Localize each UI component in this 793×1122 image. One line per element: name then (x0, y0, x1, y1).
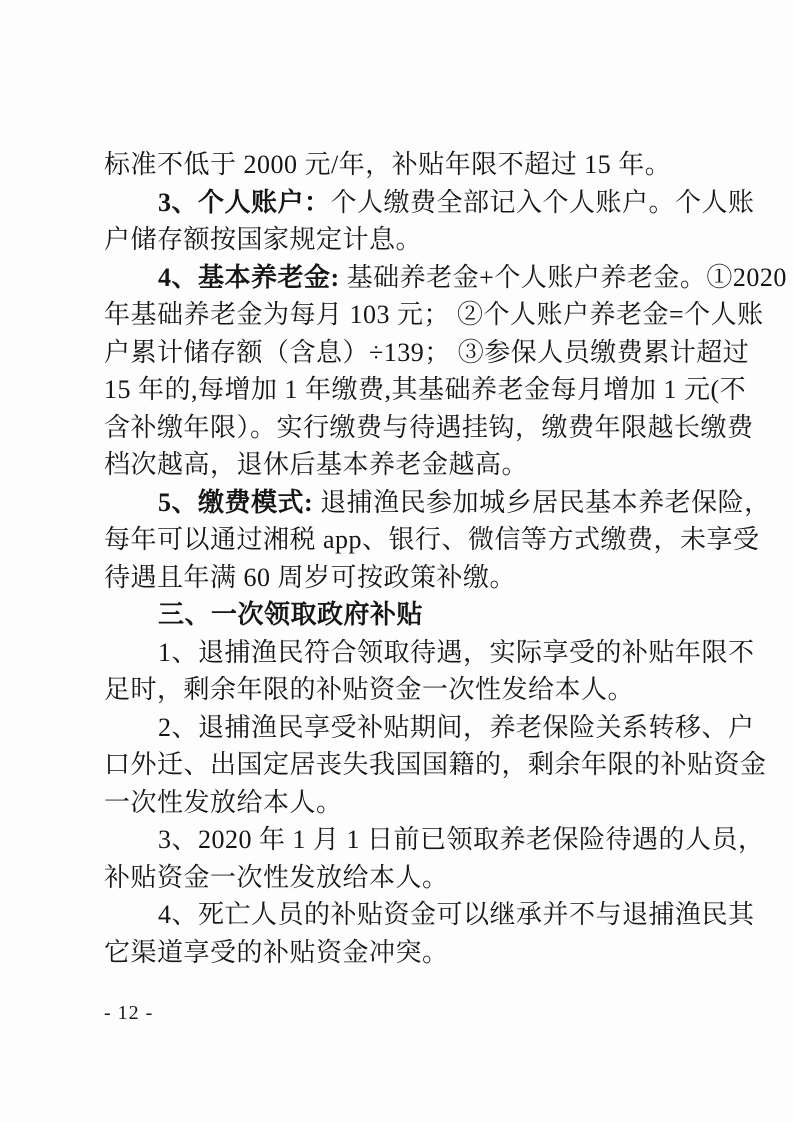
text-line: 2、退捕渔民享受补贴期间，养老保险关系转移、户 (104, 709, 704, 747)
text-line: 3、2020 年 1 月 1 日前已领取养老保险待遇的人员， (104, 821, 704, 859)
text-line: 户累计储存额（含息）÷139； ③参保人员缴费累计超过 (104, 334, 704, 372)
bold-label: 4、基本养老金: (158, 263, 340, 292)
text-line: 每年可以通过湘税 app、银行、微信等方式缴费，未享受 (104, 521, 704, 559)
text-line: 它渠道享受的补贴资金冲突。 (104, 934, 704, 972)
text-line: 5、缴费模式: 退捕渔民参加城乡居民基本养老保险， (104, 484, 704, 522)
document-body: 标准不低于 2000 元/年，补贴年限不超过 15 年。3、个人账户：个人缴费全… (104, 146, 704, 971)
text-line: 三、一次领取政府补贴 (104, 596, 704, 634)
text-segment: 基础养老金+个人账户养老金。①2020 (340, 263, 787, 292)
text-line: 一次性发放给本人。 (104, 784, 704, 822)
text-line: 年基础养老金为每月 103 元； ②个人账户养老金=个人账 (104, 296, 704, 334)
text-segment: 含补缴年限）。实行缴费与待遇挂钩，缴费年限越长缴费 (104, 413, 754, 442)
bold-label: 5、缴费模式: (158, 488, 313, 517)
text-segment: 足时，剩余年限的补贴资金一次性发给本人。 (104, 675, 634, 704)
text-segment: 待遇且年满 60 周岁可按政策补缴。 (104, 563, 516, 592)
text-segment: 退捕渔民参加城乡居民基本养老保险， (313, 488, 771, 517)
text-line: 档次越高，退休后基本养老金越高。 (104, 446, 704, 484)
bold-label: 三、一次领取政府补贴 (158, 600, 423, 629)
text-segment: 档次越高，退休后基本养老金越高。 (104, 450, 528, 479)
text-segment: 4、死亡人员的补贴资金可以继承并不与退捕渔民其 (158, 900, 755, 929)
text-line: 含补缴年限）。实行缴费与待遇挂钩，缴费年限越长缴费 (104, 409, 704, 447)
text-segment: 标准不低于 2000 元/年，补贴年限不超过 15 年。 (104, 150, 671, 179)
text-segment: 个人缴费全部记入个人账户。个人账 (331, 188, 755, 217)
text-line: 1、退捕渔民符合领取待遇，实际享受的补贴年限不 (104, 634, 704, 672)
text-segment: 一次性发放给本人。 (104, 788, 343, 817)
text-segment: 1、退捕渔民符合领取待遇，实际享受的补贴年限不 (158, 638, 755, 667)
text-segment: 户累计储存额（含息）÷139； ③参保人员缴费累计超过 (104, 338, 749, 367)
text-segment: 户储存额按国家规定计息。 (104, 225, 422, 254)
text-segment: 补贴资金一次性发放给本人。 (104, 863, 449, 892)
text-line: 4、死亡人员的补贴资金可以继承并不与退捕渔民其 (104, 896, 704, 934)
document-page: 标准不低于 2000 元/年，补贴年限不超过 15 年。3、个人账户：个人缴费全… (0, 0, 793, 1122)
text-line: 15 年的,每增加 1 年缴费,其基础养老金每月增加 1 元(不 (104, 371, 704, 409)
text-line: 口外迁、出国定居丧失我国国籍的，剩余年限的补贴资金 (104, 746, 704, 784)
bold-label: 3、个人账户： (158, 188, 331, 217)
text-line: 户储存额按国家规定计息。 (104, 221, 704, 259)
text-line: 足时，剩余年限的补贴资金一次性发给本人。 (104, 671, 704, 709)
text-line: 4、基本养老金: 基础养老金+个人账户养老金。①2020 (104, 259, 704, 297)
text-line: 待遇且年满 60 周岁可按政策补缴。 (104, 559, 704, 597)
text-line: 补贴资金一次性发放给本人。 (104, 859, 704, 897)
text-segment: 年基础养老金为每月 103 元； ②个人账户养老金=个人账 (104, 300, 764, 329)
text-line: 3、个人账户：个人缴费全部记入个人账户。个人账 (104, 184, 704, 222)
text-segment: 它渠道享受的补贴资金冲突。 (104, 938, 449, 967)
text-segment: 15 年的,每增加 1 年缴费,其基础养老金每月增加 1 元(不 (104, 375, 746, 404)
page-number: - 12 - (104, 1002, 153, 1025)
text-segment: 口外迁、出国定居丧失我国国籍的，剩余年限的补贴资金 (104, 750, 767, 779)
text-segment: 2、退捕渔民享受补贴期间，养老保险关系转移、户 (158, 713, 755, 742)
text-segment: 每年可以通过湘税 app、银行、微信等方式缴费，未享受 (104, 525, 760, 554)
text-segment: 3、2020 年 1 月 1 日前已领取养老保险待遇的人员， (158, 825, 765, 854)
text-line: 标准不低于 2000 元/年，补贴年限不超过 15 年。 (104, 146, 704, 184)
